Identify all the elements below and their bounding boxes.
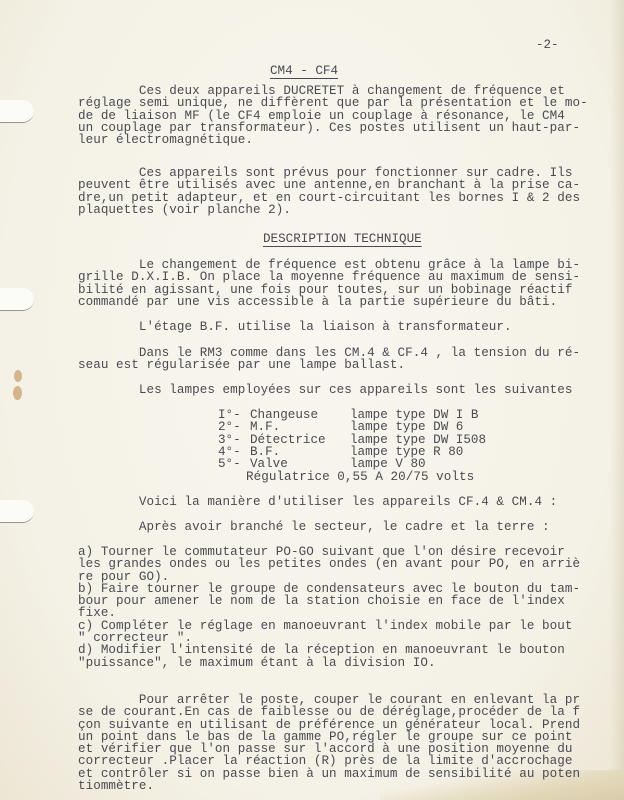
regulator-line: Régulatrice 0,55 A 20/75 volts: [246, 471, 474, 483]
paragraph-after-connecting: Après avoir branché le secteur, le cadre…: [78, 521, 550, 533]
paragraph-ballast: Dans le RM3 comme dans les CM.4 & CF.4 ,…: [78, 347, 580, 372]
rust-stain: [13, 386, 22, 400]
lamp-row: 2°-M.F.lampe type DW 6: [218, 421, 486, 433]
paragraph-frequency-change: Le changement de fréquence est obtenu gr…: [78, 259, 580, 308]
rust-stain: [14, 370, 22, 382]
lamp-type: lampe V 80: [350, 458, 426, 470]
lamp-number: 5°-: [218, 458, 250, 470]
document-title: CM4 - CF4: [270, 64, 338, 78]
lamp-role: M.F.: [250, 421, 350, 433]
paragraph-stopping-adjustment: Pour arrêter le poste, couper le courant…: [78, 694, 580, 792]
instruction-list: a) Tourner le commutateur PO-GO suivant …: [78, 546, 580, 669]
punch-hole-top: [0, 100, 34, 123]
paper-edge-shadow: [610, 0, 624, 800]
lamps-table: I°-Changeuselampe type DW I B2°-M.F.lamp…: [218, 409, 486, 470]
page-number: -2-: [536, 38, 559, 52]
lamp-type: lampe type DW 6: [350, 421, 463, 433]
lamp-row: 5°-Valvelampe V 80: [218, 458, 486, 470]
paragraph-bf-stage: L'étage B.F. utilise la liaison à transf…: [78, 321, 512, 333]
paragraph-intro: Ces deux appareils DUCRETET à changement…: [78, 85, 588, 146]
paragraph-usage-intro: Voici la manière d'utiliser les appareil…: [78, 496, 557, 508]
paragraph-cadre: Ces appareils sont prévus pour fonctionn…: [78, 167, 580, 216]
lamp-role: Valve: [250, 458, 350, 470]
lamp-number: 2°-: [218, 421, 250, 433]
section-title: DESCRIPTION TECHNIQUE: [263, 232, 422, 246]
punch-hole-middle: [0, 288, 34, 311]
paragraph-lamps-intro: Les lampes employées sur ces appareils s…: [78, 384, 573, 396]
punch-hole-lower: [0, 500, 34, 523]
